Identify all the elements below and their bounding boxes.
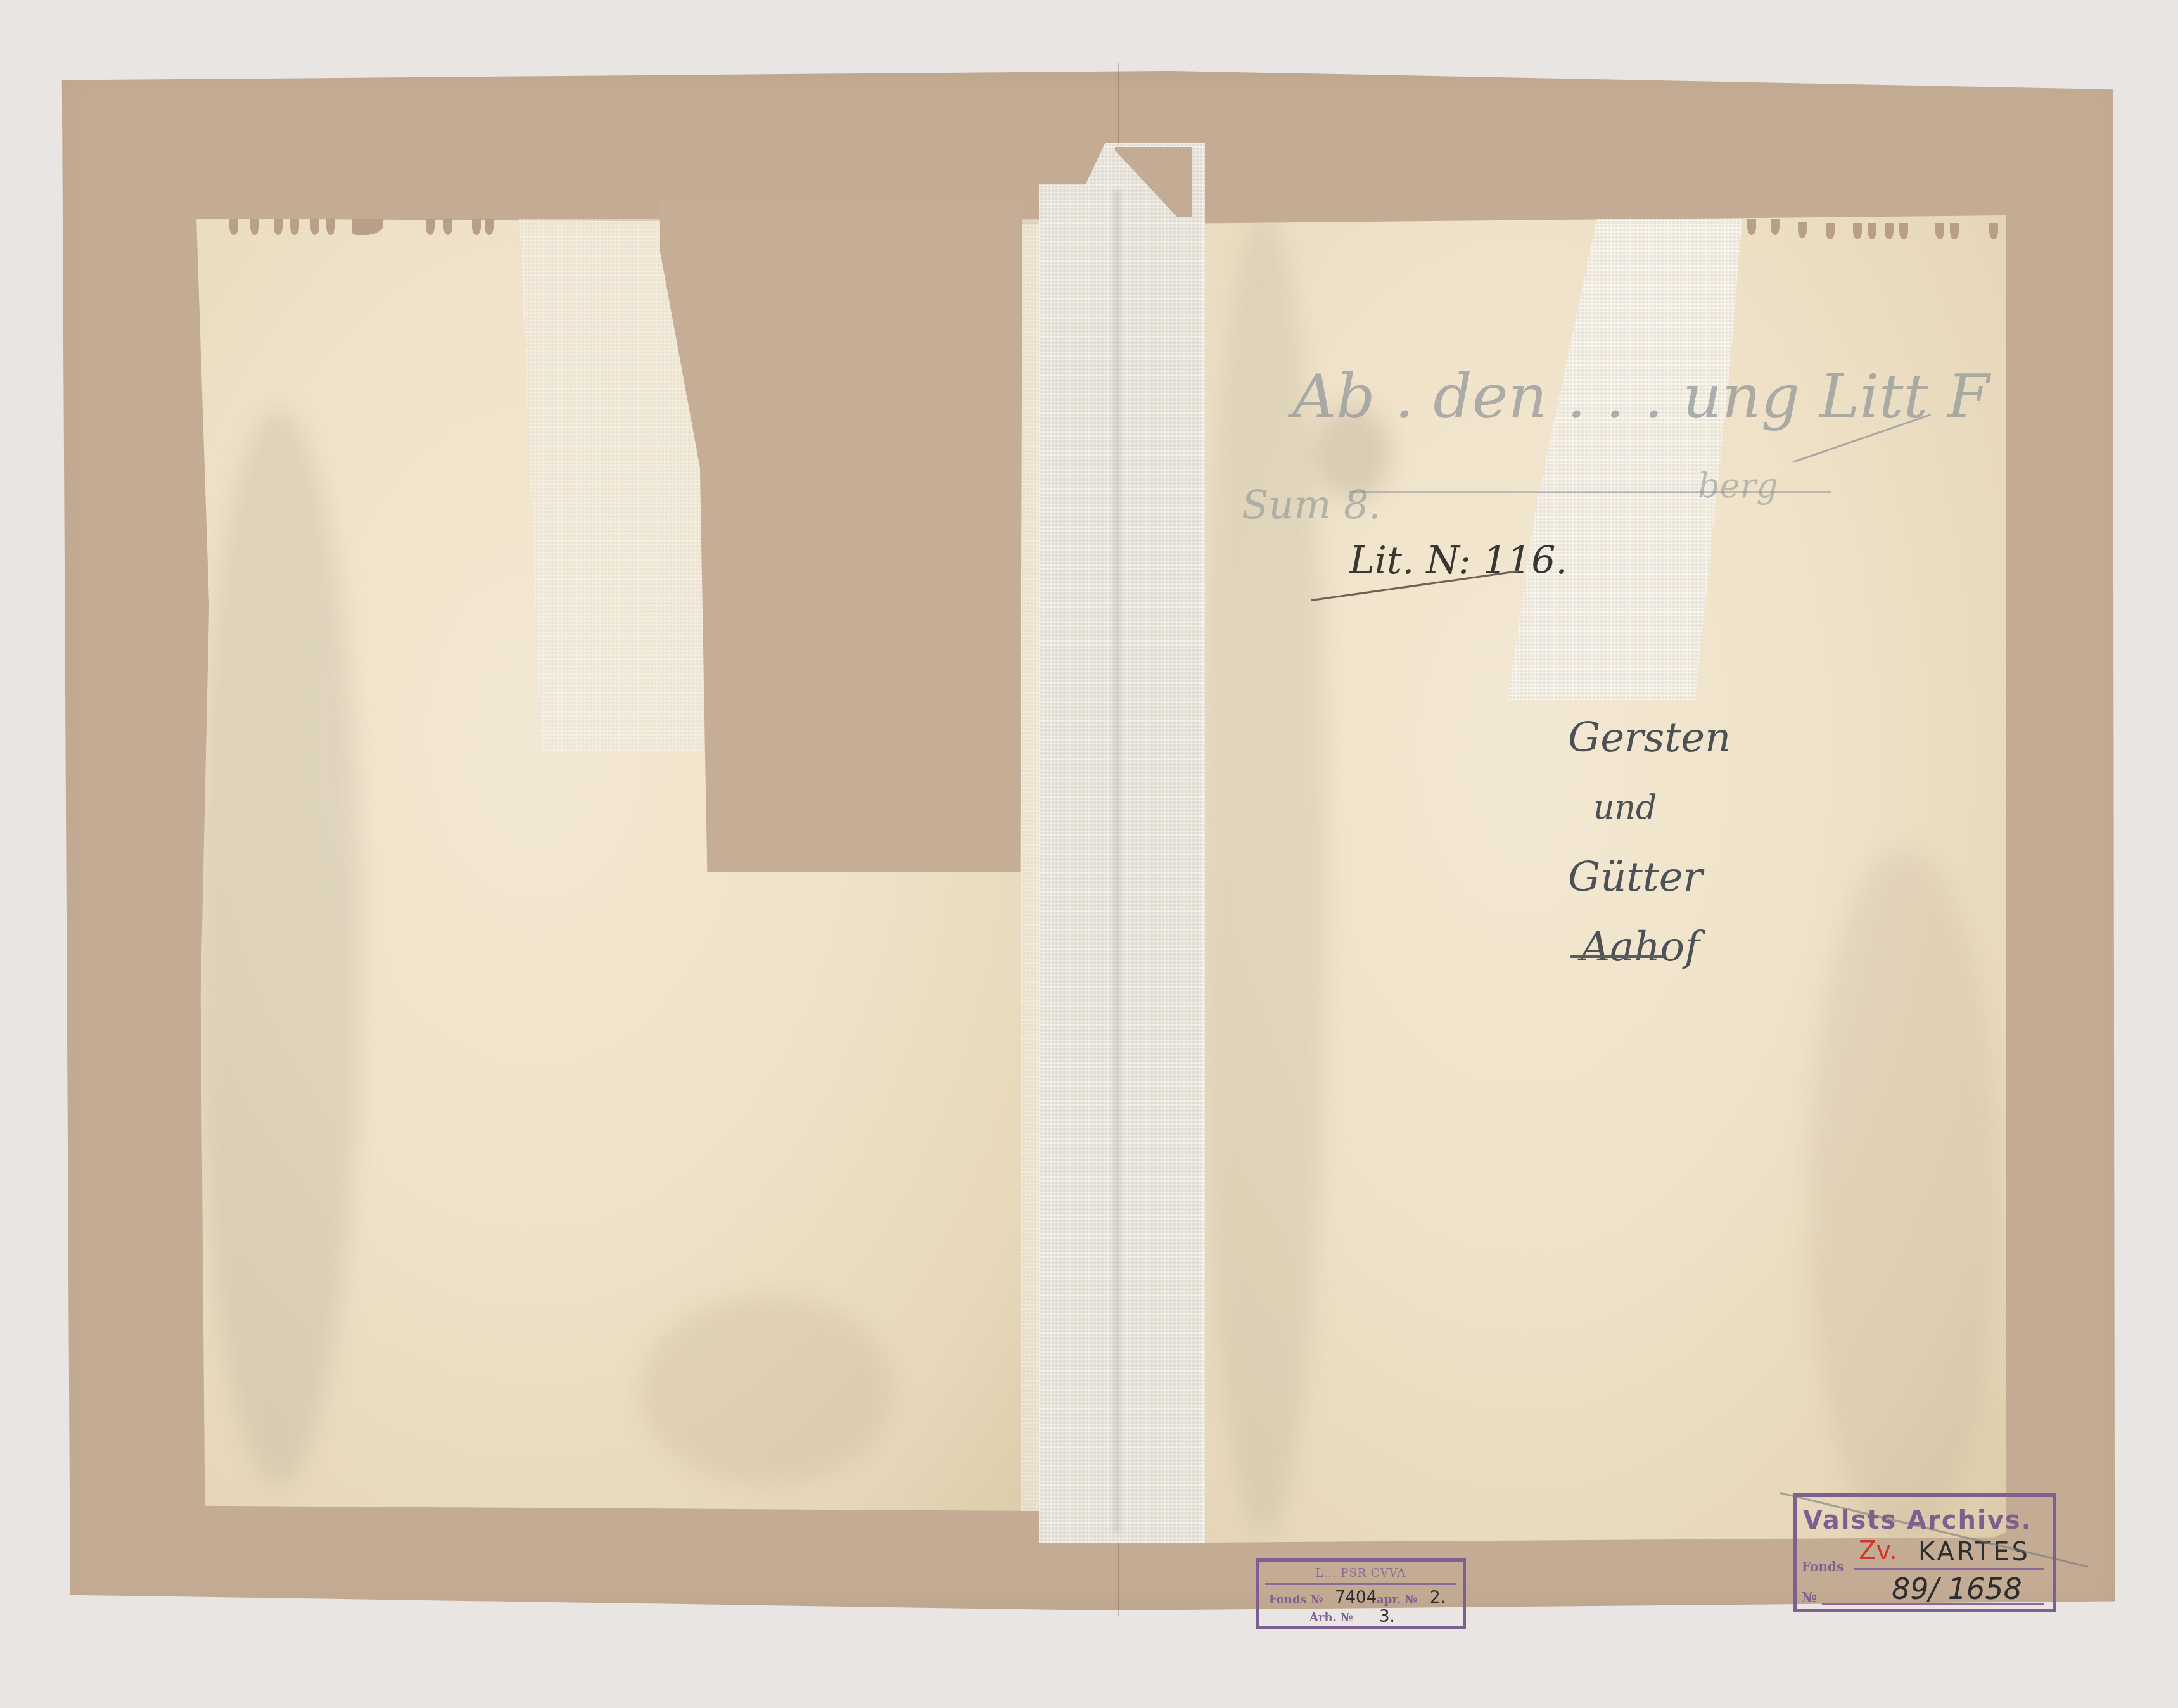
cardboard-patch: [660, 198, 1022, 872]
cut-mark: [472, 219, 481, 235]
cut-mark: [274, 219, 283, 235]
cut-mark: [1771, 219, 1780, 235]
pencil-berg-inscription: berg: [1698, 466, 1778, 506]
cut-mark: [1989, 223, 1998, 239]
ink-note-line: Aahof: [1568, 912, 1731, 982]
cut-mark: [1853, 223, 1862, 239]
stamp-fonds-label: Fonds №: [1269, 1593, 1323, 1607]
cut-mark: [1935, 223, 1944, 239]
stamp-no-label: №: [1802, 1590, 1817, 1606]
gauze-repair-strip-edge: [1021, 219, 1040, 1511]
stamp-header: Valsts Archivs.: [1803, 1506, 2032, 1535]
edge-stain: [196, 409, 361, 1486]
stamp-rule: [1822, 1603, 2044, 1605]
cut-mark: [1868, 223, 1876, 239]
cut-mark: [1798, 222, 1807, 238]
cut-mark: [443, 219, 452, 235]
stamp-arh-value: 3.: [1379, 1607, 1395, 1626]
stamp-number-value: 89/ 1658: [1892, 1572, 2022, 1606]
stamp-header: L... PSR CVVA: [1259, 1567, 1463, 1580]
stain: [640, 1296, 893, 1486]
stamp-fonds-label: Fonds: [1802, 1559, 1844, 1574]
stamp-arh-label: Arh. №: [1309, 1611, 1353, 1624]
cut-mark: [326, 219, 335, 235]
cut-mark: [250, 219, 259, 235]
ink-note-line: und: [1568, 773, 1731, 843]
stamp-fonds-value: KARTES: [1918, 1538, 2030, 1567]
cut-mark: [426, 219, 435, 235]
ink-note-line: Gütter: [1568, 843, 1731, 912]
stamp-fonds-value: 7404: [1335, 1588, 1377, 1607]
pencil-title-inscription: Ab . den . . . ung Litt F: [1292, 361, 1989, 432]
stain: [1809, 849, 1999, 1546]
ink-catalogue-number: Lit. N: 116.: [1349, 539, 1568, 583]
gauze-fold-line: [1114, 190, 1120, 1533]
cut-mark: [1747, 219, 1756, 235]
ink-note-block: Gersten und Gütter Aahof: [1568, 703, 1731, 982]
cut-mark: [1826, 223, 1835, 239]
stamp-rule: [1265, 1583, 1456, 1585]
cut-mark: [1899, 223, 1908, 239]
ink-flourish-line: [1570, 955, 1665, 958]
cut-mark: [229, 219, 238, 235]
cut-mark: [310, 219, 319, 235]
stamp-apr-label: apr. №: [1377, 1593, 1417, 1607]
stamp-fonds-red-prefix: Zv.: [1859, 1536, 1897, 1565]
stamp-rule: [1854, 1568, 2044, 1570]
pencil-underline: [1349, 491, 1831, 493]
pencil-sum-inscription: Sum 8.: [1242, 481, 1381, 528]
cut-mark: [290, 219, 299, 235]
cvva-archive-stamp: L... PSR CVVA Fonds № 7404 apr. № 2. Arh…: [1256, 1558, 1466, 1629]
gauze-hinge-center: [1039, 143, 1205, 1543]
valsts-archivs-stamp: Valsts Archivs. Fonds Zv. KARTES № 89/ 1…: [1793, 1493, 2056, 1612]
cut-mark: [1885, 223, 1894, 239]
cut-mark: [485, 219, 494, 235]
cut-mark: [1950, 223, 1959, 239]
ink-note-line: Gersten: [1568, 703, 1731, 773]
stamp-apr-value: 2.: [1430, 1588, 1446, 1607]
